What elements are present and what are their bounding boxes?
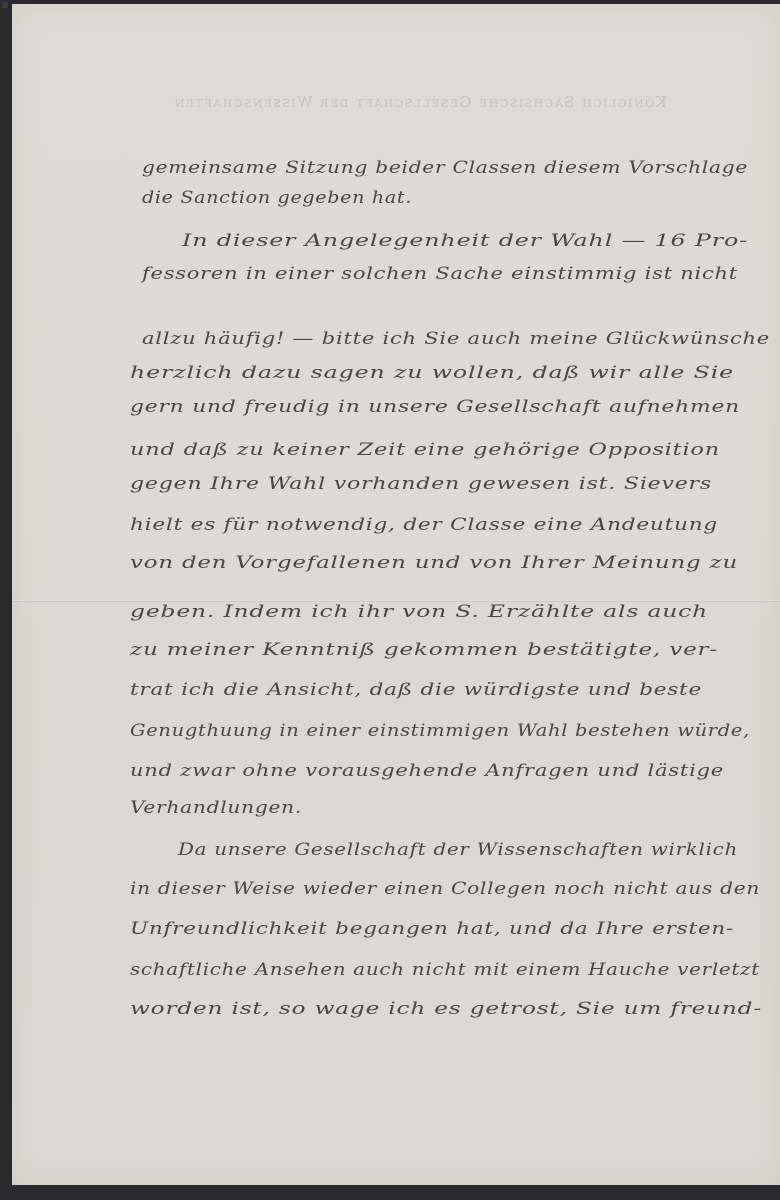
handwritten-line: Genugthuung in einer einstimmigen Wahl b… — [130, 721, 750, 741]
handwritten-line: Unfreundlichkeit begangen hat, und da Ih… — [130, 919, 734, 939]
handwritten-line: und zwar ohne vorausgehende Anfragen und… — [130, 761, 724, 781]
mirrored-letterhead: Königlich Sächsische Gesellschaft der Wi… — [130, 93, 710, 111]
handwritten-line: Verhandlungen. — [130, 798, 302, 818]
handwritten-line: hielt es für notwendig, der Classe eine … — [130, 515, 718, 535]
handwritten-line: gemeinsame Sitzung beider Classen diesem… — [142, 158, 748, 178]
handwritten-line: Da unsere Gesellschaft der Wissenschafte… — [178, 840, 738, 860]
handwritten-line: gern und freudig in unsere Gesellschaft … — [130, 397, 740, 417]
handwritten-line: gegen Ihre Wahl vorhanden gewesen ist. S… — [130, 474, 712, 494]
handwritten-line: schaftliche Ansehen auch nicht mit einem… — [130, 960, 760, 980]
handwritten-line: von den Vorgefallenen und von Ihrer Mein… — [130, 553, 738, 573]
handwritten-line: fessoren in einer solchen Sache einstimm… — [142, 264, 738, 284]
handwritten-line: geben. Indem ich ihr von S. Erzählte als… — [130, 602, 708, 622]
handwritten-line: zu meiner Kenntniß gekommen bestätigte, … — [130, 640, 718, 660]
handwritten-line: und daß zu keiner Zeit eine gehörige Opp… — [130, 440, 720, 460]
handwritten-line: herzlich dazu sagen zu wollen, daß wir a… — [130, 363, 734, 383]
handwritten-line: In dieser Angelegenheit der Wahl — 16 Pr… — [182, 231, 748, 251]
handwritten-line: allzu häufig! — bitte ich Sie auch meine… — [142, 329, 770, 349]
handwritten-line: die Sanction gegeben hat. — [142, 188, 412, 208]
corner-mark — [2, 2, 8, 8]
handwritten-line: trat ich die Ansicht, daß die würdigste … — [130, 680, 702, 700]
handwritten-line: worden ist, so wage ich es getrost, Sie … — [130, 999, 762, 1019]
handwritten-line: in dieser Weise wieder einen Collegen no… — [130, 879, 760, 899]
